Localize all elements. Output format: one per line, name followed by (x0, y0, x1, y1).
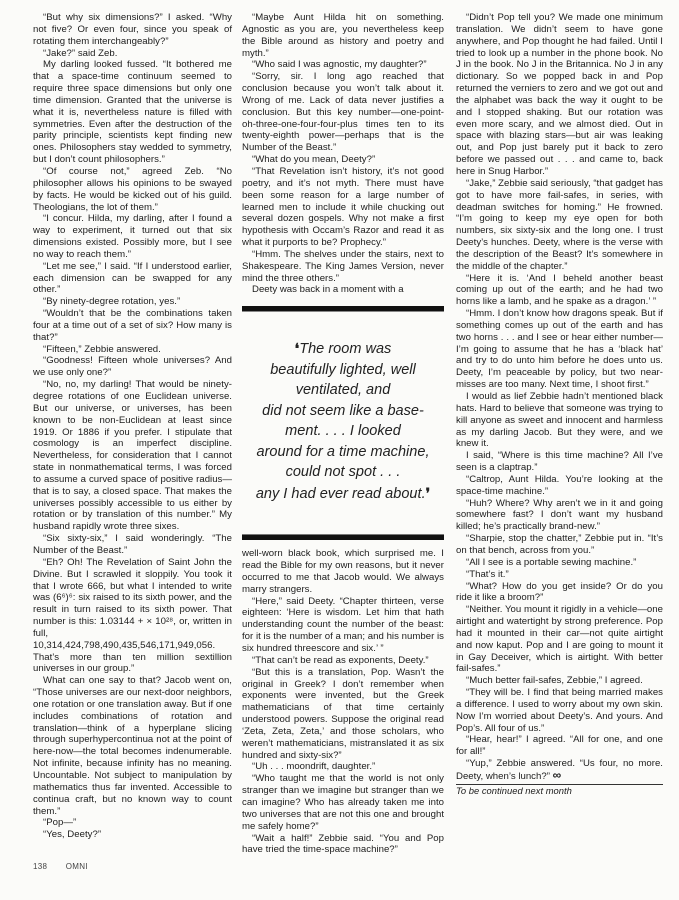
paragraph: “That can’t be read as exponents, Deety.… (242, 655, 444, 667)
magazine-name: OMNI (66, 862, 88, 871)
paragraph: “What do you mean, Deety?” (242, 154, 444, 166)
paragraph: “No, no, my darling! That would be ninet… (33, 379, 232, 533)
paragraph: “Pop—” (33, 817, 232, 829)
pull-quote-line: did not seem like a base- (262, 403, 424, 419)
paragraph: “Wouldn’t that be the combinations taken… (33, 308, 232, 344)
paragraph: “That’s it.” (456, 569, 663, 581)
pull-quote-line: could not spot . . . (286, 464, 401, 480)
paragraph: “Wait a half!” Zebbie said. “You and Pop… (242, 833, 444, 857)
paragraph: “Goodness! Fifteen whole universes? And … (33, 355, 232, 379)
paragraph: “Hmm. The shelves under the stairs, next… (242, 249, 444, 285)
pull-quote-line: ventilated, and (296, 382, 391, 398)
pull-quote-line: around for a time machine, (257, 444, 430, 460)
paragraph: “Neither. You mount it rigidly in a vehi… (456, 604, 663, 675)
paragraph: “Six sixty-six,” I said wonderingly. “Th… (33, 533, 232, 557)
pull-quote: ❛The room was beautifully lighted, well … (242, 312, 444, 534)
paragraph: “But this is a translation, Pop. Wasn’t … (242, 667, 444, 762)
paragraph: “All I see is a portable sewing machine.… (456, 557, 663, 569)
paragraph: “They will be. I find that being married… (456, 687, 663, 734)
paragraph: “Eh? Oh! The Revelation of Saint John th… (33, 557, 232, 675)
close-quote-icon: ❜ (426, 485, 431, 501)
paragraph: “Much better fail-safes, Zebbie,” I agre… (456, 675, 663, 687)
pull-quote-line: beautifully lighted, well (270, 362, 416, 378)
column-left: “But why six dimensions?” I asked. “Why … (33, 12, 232, 841)
paragraph: well-worn black book, which surprised me… (242, 548, 444, 595)
paragraph: “Fifteen,” Zebbie answered. (33, 344, 232, 356)
paragraph: “Jake?” said Zeb. (33, 48, 232, 60)
paragraph: My darling looked fussed. “It bothered m… (33, 59, 232, 166)
paragraph: “Huh? Where? Why aren’t we in it and goi… (456, 498, 663, 534)
paragraph: “But why six dimensions?” I asked. “Why … (33, 12, 232, 48)
paragraph: “Hear, hear!” I agreed. “All for one, an… (456, 734, 663, 758)
page-footer: 138 OMNI (33, 862, 88, 871)
paragraph: “Uh . . . moondrift, daughter.” (242, 761, 444, 773)
paragraph: “Jake,” Zebbie said seriously, “that gad… (456, 178, 663, 273)
paragraph: “Here it is. ‘And I beheld another beast… (456, 273, 663, 309)
paragraph: I would as lief Zebbie hadn’t mentioned … (456, 391, 663, 450)
paragraph: “Maybe Aunt Hilda hit on something. Agno… (242, 12, 444, 59)
page-number: 138 (33, 862, 47, 871)
final-paragraph: “Yup,” Zebbie answered. “Us four, no mor… (456, 758, 663, 783)
pull-quote-line: The room was (299, 341, 391, 357)
continued-note: To be continued next month (456, 785, 663, 796)
paragraph: “Caltrop, Aunt Hilda. You’re looking at … (456, 474, 663, 498)
end-of-story-icon: ∞ (553, 768, 561, 782)
paragraph: “Hmm. I don’t know how dragons speak. Bu… (456, 308, 663, 391)
pull-quote-line: any I had ever read about. (256, 486, 426, 502)
paragraph: “Who said I was agnostic, my daughter?” (242, 59, 444, 71)
paragraph: Deety was back in a moment with a (242, 284, 444, 296)
paragraph: “Of course not,” agreed Zeb. “No philoso… (33, 166, 232, 213)
paragraph: “Sharpie, stop the chatter,” Zebbie put … (456, 533, 663, 557)
paragraph: “Who taught me that the world is not onl… (242, 773, 444, 832)
column-middle: “Maybe Aunt Hilda hit on something. Agno… (242, 12, 444, 856)
column-right: “Didn’t Pop tell you? We made one minimu… (456, 12, 663, 796)
paragraph: “Sorry, sir. I long ago reached that con… (242, 71, 444, 154)
paragraph: “Let me see,” I said. “If I understood e… (33, 261, 232, 297)
paragraph: “What? How do you get inside? Or do you … (456, 581, 663, 605)
paragraph: I said, “Where is this time machine? All… (456, 450, 663, 474)
paragraph: “Didn’t Pop tell you? We made one minimu… (456, 12, 663, 178)
pull-quote-box: ❛The room was beautifully lighted, well … (242, 306, 444, 540)
paragraph: “Here,” said Deety. “Chapter thirteen, v… (242, 596, 444, 655)
pull-quote-bottom-rule (242, 534, 444, 540)
pull-quote-line: ment. . . . I looked (285, 423, 401, 439)
paragraph: What can one say to that? Jacob went on,… (33, 675, 232, 817)
paragraph: “By ninety-degree rotation, yes.” (33, 296, 232, 308)
paragraph: “Yes, Deety?” (33, 829, 232, 841)
paragraph: “I concur. Hilda, my darling, after I fo… (33, 213, 232, 260)
paragraph: “That Revelation isn’t history, it’s not… (242, 166, 444, 249)
magazine-page: “But why six dimensions?” I asked. “Why … (0, 0, 679, 900)
